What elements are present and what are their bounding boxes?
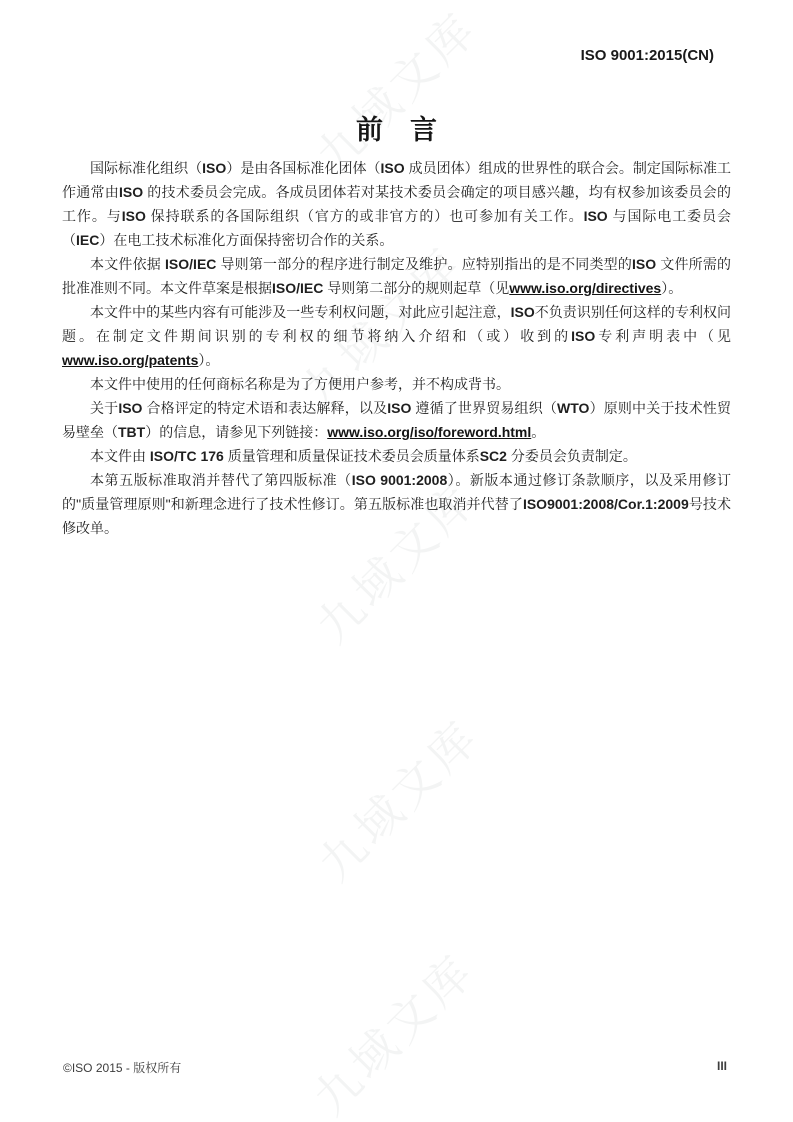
paragraph-text: 本文件中的某些内容有可能涉及一些专利权问题，对此应引起注意，ISO不负责识别任何… <box>62 304 731 344</box>
page-title: 前 言 <box>0 108 793 147</box>
paragraph: 本文件中的某些内容有可能涉及一些专利权问题，对此应引起注意，ISO不负责识别任何… <box>62 300 731 372</box>
link-iso-directives[interactable]: www.iso.org/directives <box>509 280 661 296</box>
paragraph: 国际标准化组织（ISO）是由各国标准化团体（ISO 成员团体）组成的世界性的联合… <box>62 156 731 252</box>
paragraph: 本文件由 ISO/TC 176 质量管理和质量保证技术委员会质量体系SC2 分委… <box>62 444 731 468</box>
paragraph: 本文件依据 ISO/IEC 导则第一部分的程序进行制定及维护。应特别指出的是不同… <box>62 252 731 300</box>
paragraph-text: ）。 <box>198 352 219 368</box>
document-header: ISO 9001:2015(CN) <box>581 47 714 64</box>
paragraph-text: 国际标准化组织（ISO）是由各国标准化团体（ISO 成员团体）组成的世界性的联合… <box>62 160 731 248</box>
page-content: ISO 9001:2015(CN) 前 言 国际标准化组织（ISO）是由各国标准… <box>0 0 793 1122</box>
page-number: III <box>717 1059 727 1073</box>
document-page: 九域文库 九域文库 九域文库 九域文库 九域文库 ISO 9001:2015(C… <box>0 0 793 1122</box>
document-body: 国际标准化组织（ISO）是由各国标准化团体（ISO 成员团体）组成的世界性的联合… <box>62 156 731 540</box>
link-iso-patents[interactable]: www.iso.org/patents <box>62 352 198 368</box>
paragraph-text: 本文件由 ISO/TC 176 质量管理和质量保证技术委员会质量体系SC2 分委… <box>90 448 637 464</box>
link-iso-foreword[interactable]: www.iso.org/iso/foreword.html <box>327 424 531 440</box>
paragraph-text: 。 <box>531 424 545 440</box>
paragraph-text: 本第五版标准取消并替代了第四版标准（ISO 9001:2008）。新版本通过修订… <box>62 472 731 536</box>
paragraph: 关于ISO 合格评定的特定术语和表达解释，以及ISO 遵循了世界贸易组织（WTO… <box>62 396 731 444</box>
paragraph: 本第五版标准取消并替代了第四版标准（ISO 9001:2008）。新版本通过修订… <box>62 468 731 540</box>
paragraph-text: 本文件中使用的任何商标名称是为了方便用户参考，并不构成背书。 <box>90 376 510 392</box>
paragraph-text: ）。 <box>661 280 682 296</box>
paragraph: 本文件中使用的任何商标名称是为了方便用户参考，并不构成背书。 <box>62 372 731 396</box>
copyright-notice: ©ISO 2015 - 版权所有 <box>63 1059 181 1076</box>
